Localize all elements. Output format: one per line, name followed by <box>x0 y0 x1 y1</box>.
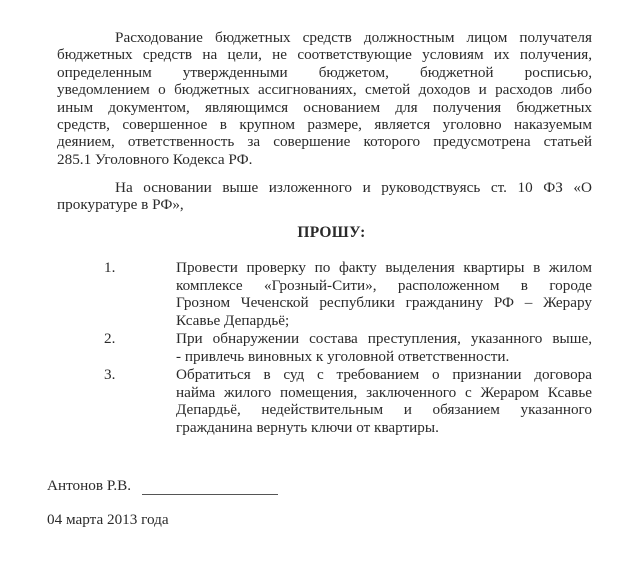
request-text: При обнаружении состава преступления, ук… <box>176 330 592 365</box>
request-line: - привлечь виновных к уголовной ответств… <box>176 348 592 366</box>
request-line: Депардьё, недействительным и обязанием у… <box>176 401 592 419</box>
paragraph-line: иным документом, являющимся основанием д… <box>57 99 592 116</box>
paragraph-line: Расходование бюджетных средств должностн… <box>57 29 592 46</box>
paragraph-line: прокуратуре в РФ», <box>57 196 592 213</box>
request-heading: ПРОШУ: <box>0 224 623 242</box>
request-line: При обнаружении состава преступления, ук… <box>176 330 592 348</box>
paragraph-line: На основании выше изложенного и руководс… <box>57 179 592 196</box>
request-line: Провести проверку по факту выделения ква… <box>176 259 592 277</box>
paragraph-line: бюджетных средств на цели, не соответств… <box>57 46 592 63</box>
request-line: комплексе «Грозный-Сити», расположенном … <box>176 277 592 295</box>
paragraph-line: определенным утвержденными бюджетом, бюд… <box>57 64 592 81</box>
request-number: 3. <box>104 366 115 384</box>
request-line: Ксавье Депардьё; <box>176 312 592 330</box>
request-line: гражданина вернуть ключи от квартиры. <box>176 419 592 437</box>
request-text: Обратиться в суд с требованием о признан… <box>176 366 592 436</box>
request-number: 2. <box>104 330 115 348</box>
request-line: найма жилого помещения, заключенного с Ж… <box>176 384 592 402</box>
signatory-name: Антонов Р.В. <box>47 477 131 495</box>
paragraph-line: 285.1 Уголовного Кодекса РФ. <box>57 151 592 168</box>
document-date: 04 марта 2013 года <box>47 511 169 529</box>
paragraph-line: средств, совершенное в крупном размере, … <box>57 116 592 133</box>
intro-paragraph: Расходование бюджетных средств должностн… <box>57 29 592 168</box>
request-line: Обратиться в суд с требованием о признан… <box>176 366 592 384</box>
request-number: 1. <box>104 259 115 277</box>
paragraph-line: деянием, ответственность за совершение к… <box>57 133 592 150</box>
request-text: Провести проверку по факту выделения ква… <box>176 259 592 329</box>
document-page: Расходование бюджетных средств должностн… <box>0 0 623 567</box>
basis-paragraph: На основании выше изложенного и руководс… <box>57 179 592 214</box>
paragraph-line: уведомлением о бюджетных ассигнованиях, … <box>57 81 592 98</box>
request-line: Грозном Чеченской республики гражданину … <box>176 294 592 312</box>
signature-line <box>142 494 278 495</box>
